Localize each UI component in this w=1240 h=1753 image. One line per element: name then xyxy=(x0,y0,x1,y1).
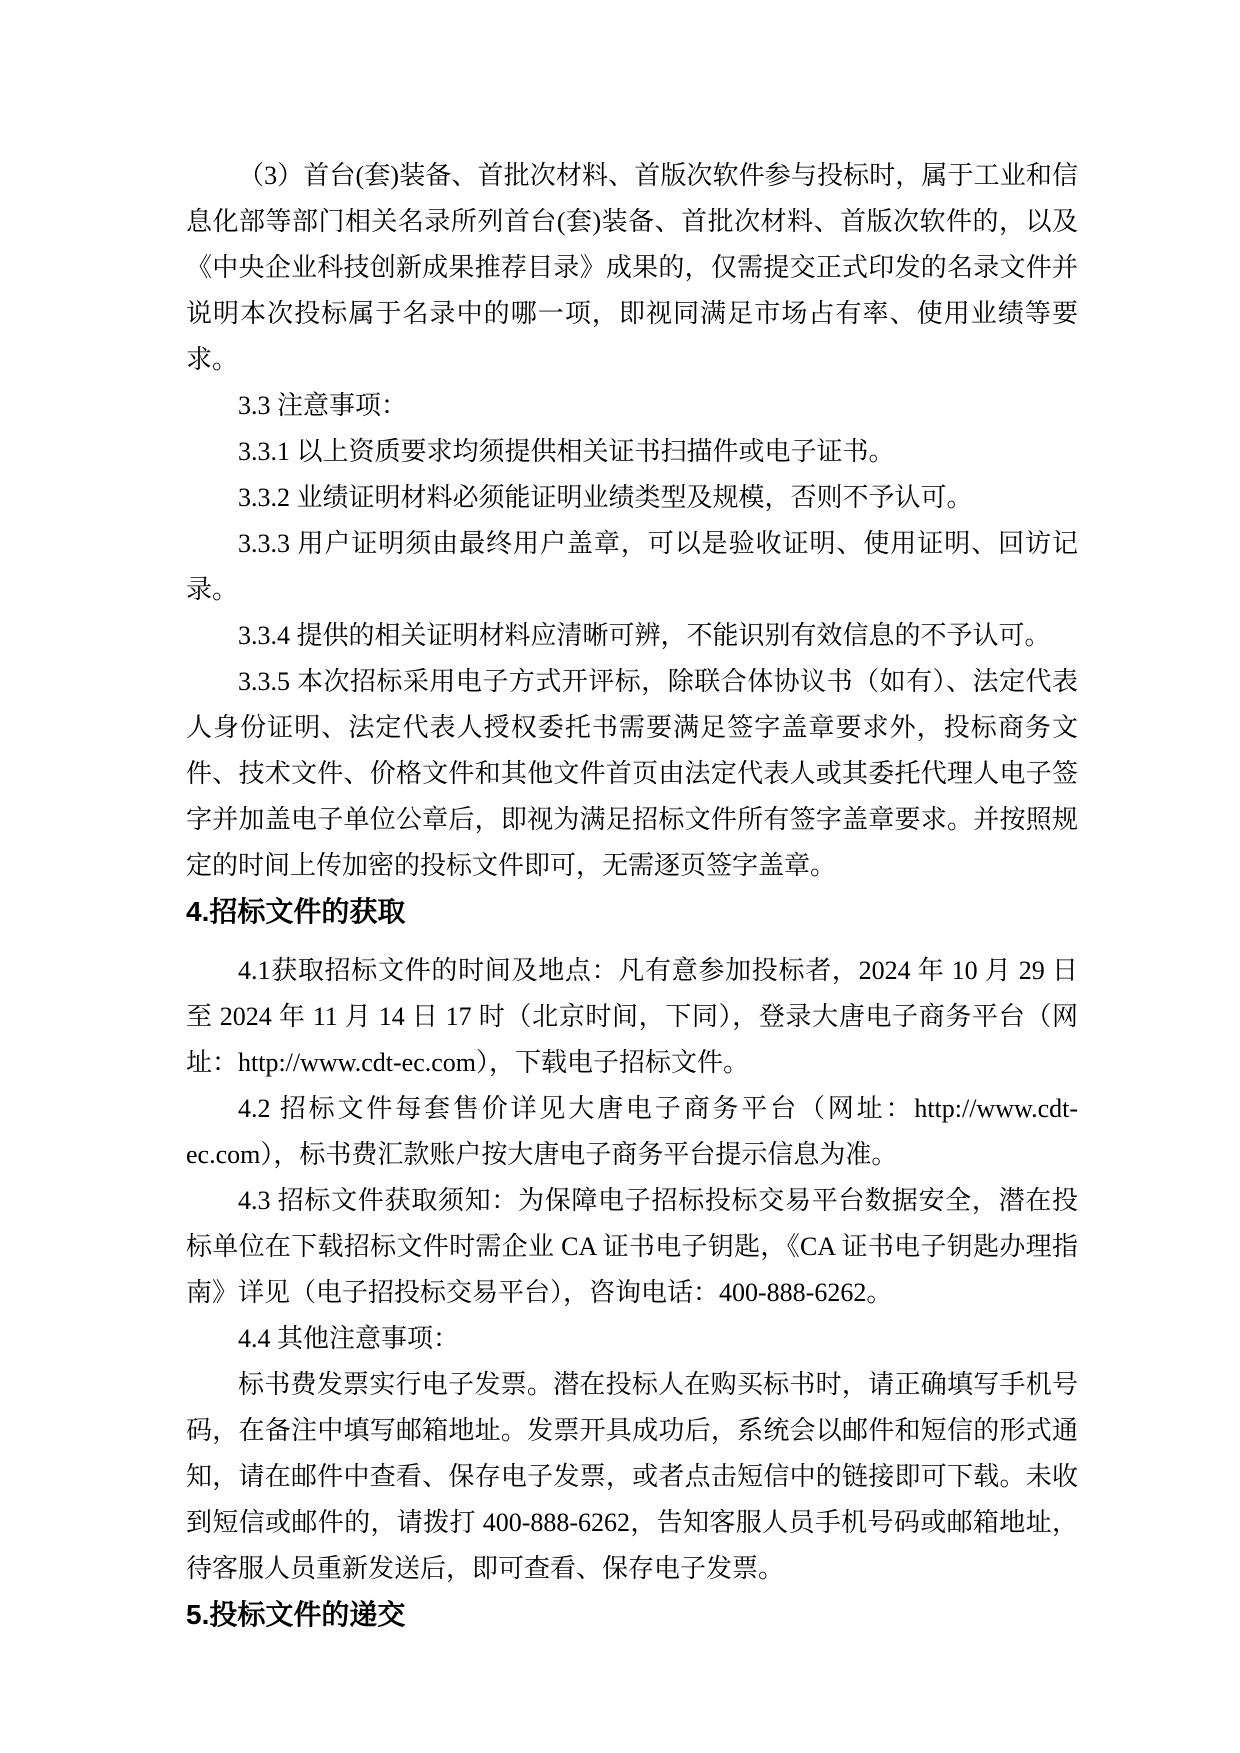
paragraph-4-1: 4.1获取招标文件的时间及地点：凡有意参加投标者，2024 年 10 月 29 … xyxy=(186,948,1078,1086)
paragraph-3-3: 3.3 注意事项： xyxy=(186,383,1078,429)
paragraph-3-3-4: 3.3.4 提供的相关证明材料应清晰可辨，不能识别有效信息的不予认可。 xyxy=(186,613,1078,659)
paragraph-4-2: 4.2 招标文件每套售价详见大唐电子商务平台（网址：http://www.cdt… xyxy=(186,1086,1078,1178)
heading-section-5: 5.投标文件的递交 xyxy=(186,1592,1078,1638)
paragraph-3-3-2: 3.3.2 业绩证明材料必须能证明业绩类型及规模，否则不予认可。 xyxy=(186,475,1078,521)
document-content: （3）首台(套)装备、首批次材料、首版次软件参与投标时，属于工业和信息化部等部门… xyxy=(186,153,1078,1651)
paragraph-3-3-3: 3.3.3 用户证明须由最终用户盖章，可以是验收证明、使用证明、回访记录。 xyxy=(186,521,1078,613)
paragraph-4-3: 4.3 招标文件获取须知：为保障电子招标投标交易平台数据安全，潜在投标单位在下载… xyxy=(186,1178,1078,1316)
paragraph-4-4: 4.4 其他注意事项： xyxy=(186,1316,1078,1362)
document-page: （3）首台(套)装备、首批次材料、首版次软件参与投标时，属于工业和信息化部等部门… xyxy=(0,0,1240,1753)
paragraph-4-4-detail: 标书费发票实行电子发票。潜在投标人在购买标书时，请正确填写手机号码，在备注中填写… xyxy=(186,1362,1078,1592)
heading-section-4: 4.招标文件的获取 xyxy=(186,889,1078,935)
paragraph-3-3-5: 3.3.5 本次招标采用电子方式开评标，除联合体协议书（如有）、法定代表人身份证… xyxy=(186,659,1078,889)
paragraph-3-3-1: 3.3.1 以上资质要求均须提供相关证书扫描件或电子证书。 xyxy=(186,429,1078,475)
paragraph-item-3: （3）首台(套)装备、首批次材料、首版次软件参与投标时，属于工业和信息化部等部门… xyxy=(186,153,1078,383)
